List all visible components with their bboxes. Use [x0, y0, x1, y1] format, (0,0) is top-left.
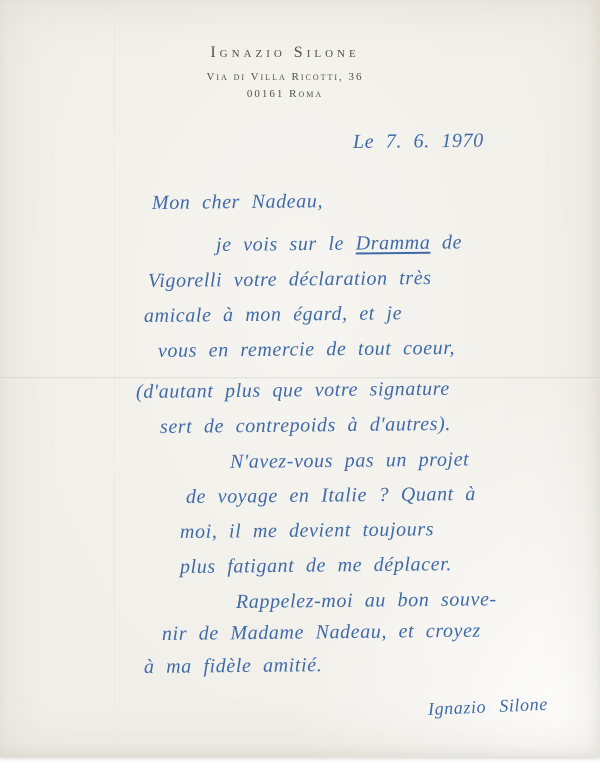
body-line: vous en remercie de tout coeur, — [158, 337, 455, 363]
letterhead-name: Ignazio Silone — [0, 44, 570, 62]
letterhead-city: 00161 Roma — [0, 88, 570, 100]
body-line: Vigorelli votre déclaration très — [148, 267, 432, 293]
underlined-word: Dramma — [356, 232, 431, 255]
body-line: plus fatigant de me déplacer. — [180, 553, 452, 579]
body-line: de voyage en Italie ? Quant à — [186, 483, 476, 509]
body-line: amicale à mon égard, et je — [144, 302, 402, 328]
body-line: à ma fidèle amitié. — [144, 654, 322, 679]
scanned-letter: Ignazio Silone Via di Villa Ricotti, 36 … — [0, 0, 600, 782]
body-line: N'avez-vous pas un projet — [230, 448, 470, 474]
salutation-line: Mon cher Nadeau, — [152, 190, 323, 215]
letterhead-address: Via di Villa Ricotti, 36 — [0, 71, 570, 83]
body-line: nir de Madame Nadeau, et croyez — [162, 620, 481, 646]
body-line: je vois sur le Dramma de — [216, 231, 462, 257]
body-line: (d'autant plus que votre signature — [136, 378, 450, 404]
body-line: sert de contrepoids à d'autres). — [160, 413, 451, 439]
date-line: Le 7. 6. 1970 — [353, 130, 484, 154]
body-line: Rappelez-moi au bon souve- — [236, 588, 497, 614]
signature: Ignazio Silone — [428, 694, 549, 720]
letter-page: Ignazio Silone Via di Villa Ricotti, 36 … — [0, 0, 600, 757]
body-line-text: je vois sur le — [216, 233, 356, 256]
body-line: moi, il me devient toujours — [180, 518, 434, 544]
body-line-text: de — [430, 231, 462, 253]
